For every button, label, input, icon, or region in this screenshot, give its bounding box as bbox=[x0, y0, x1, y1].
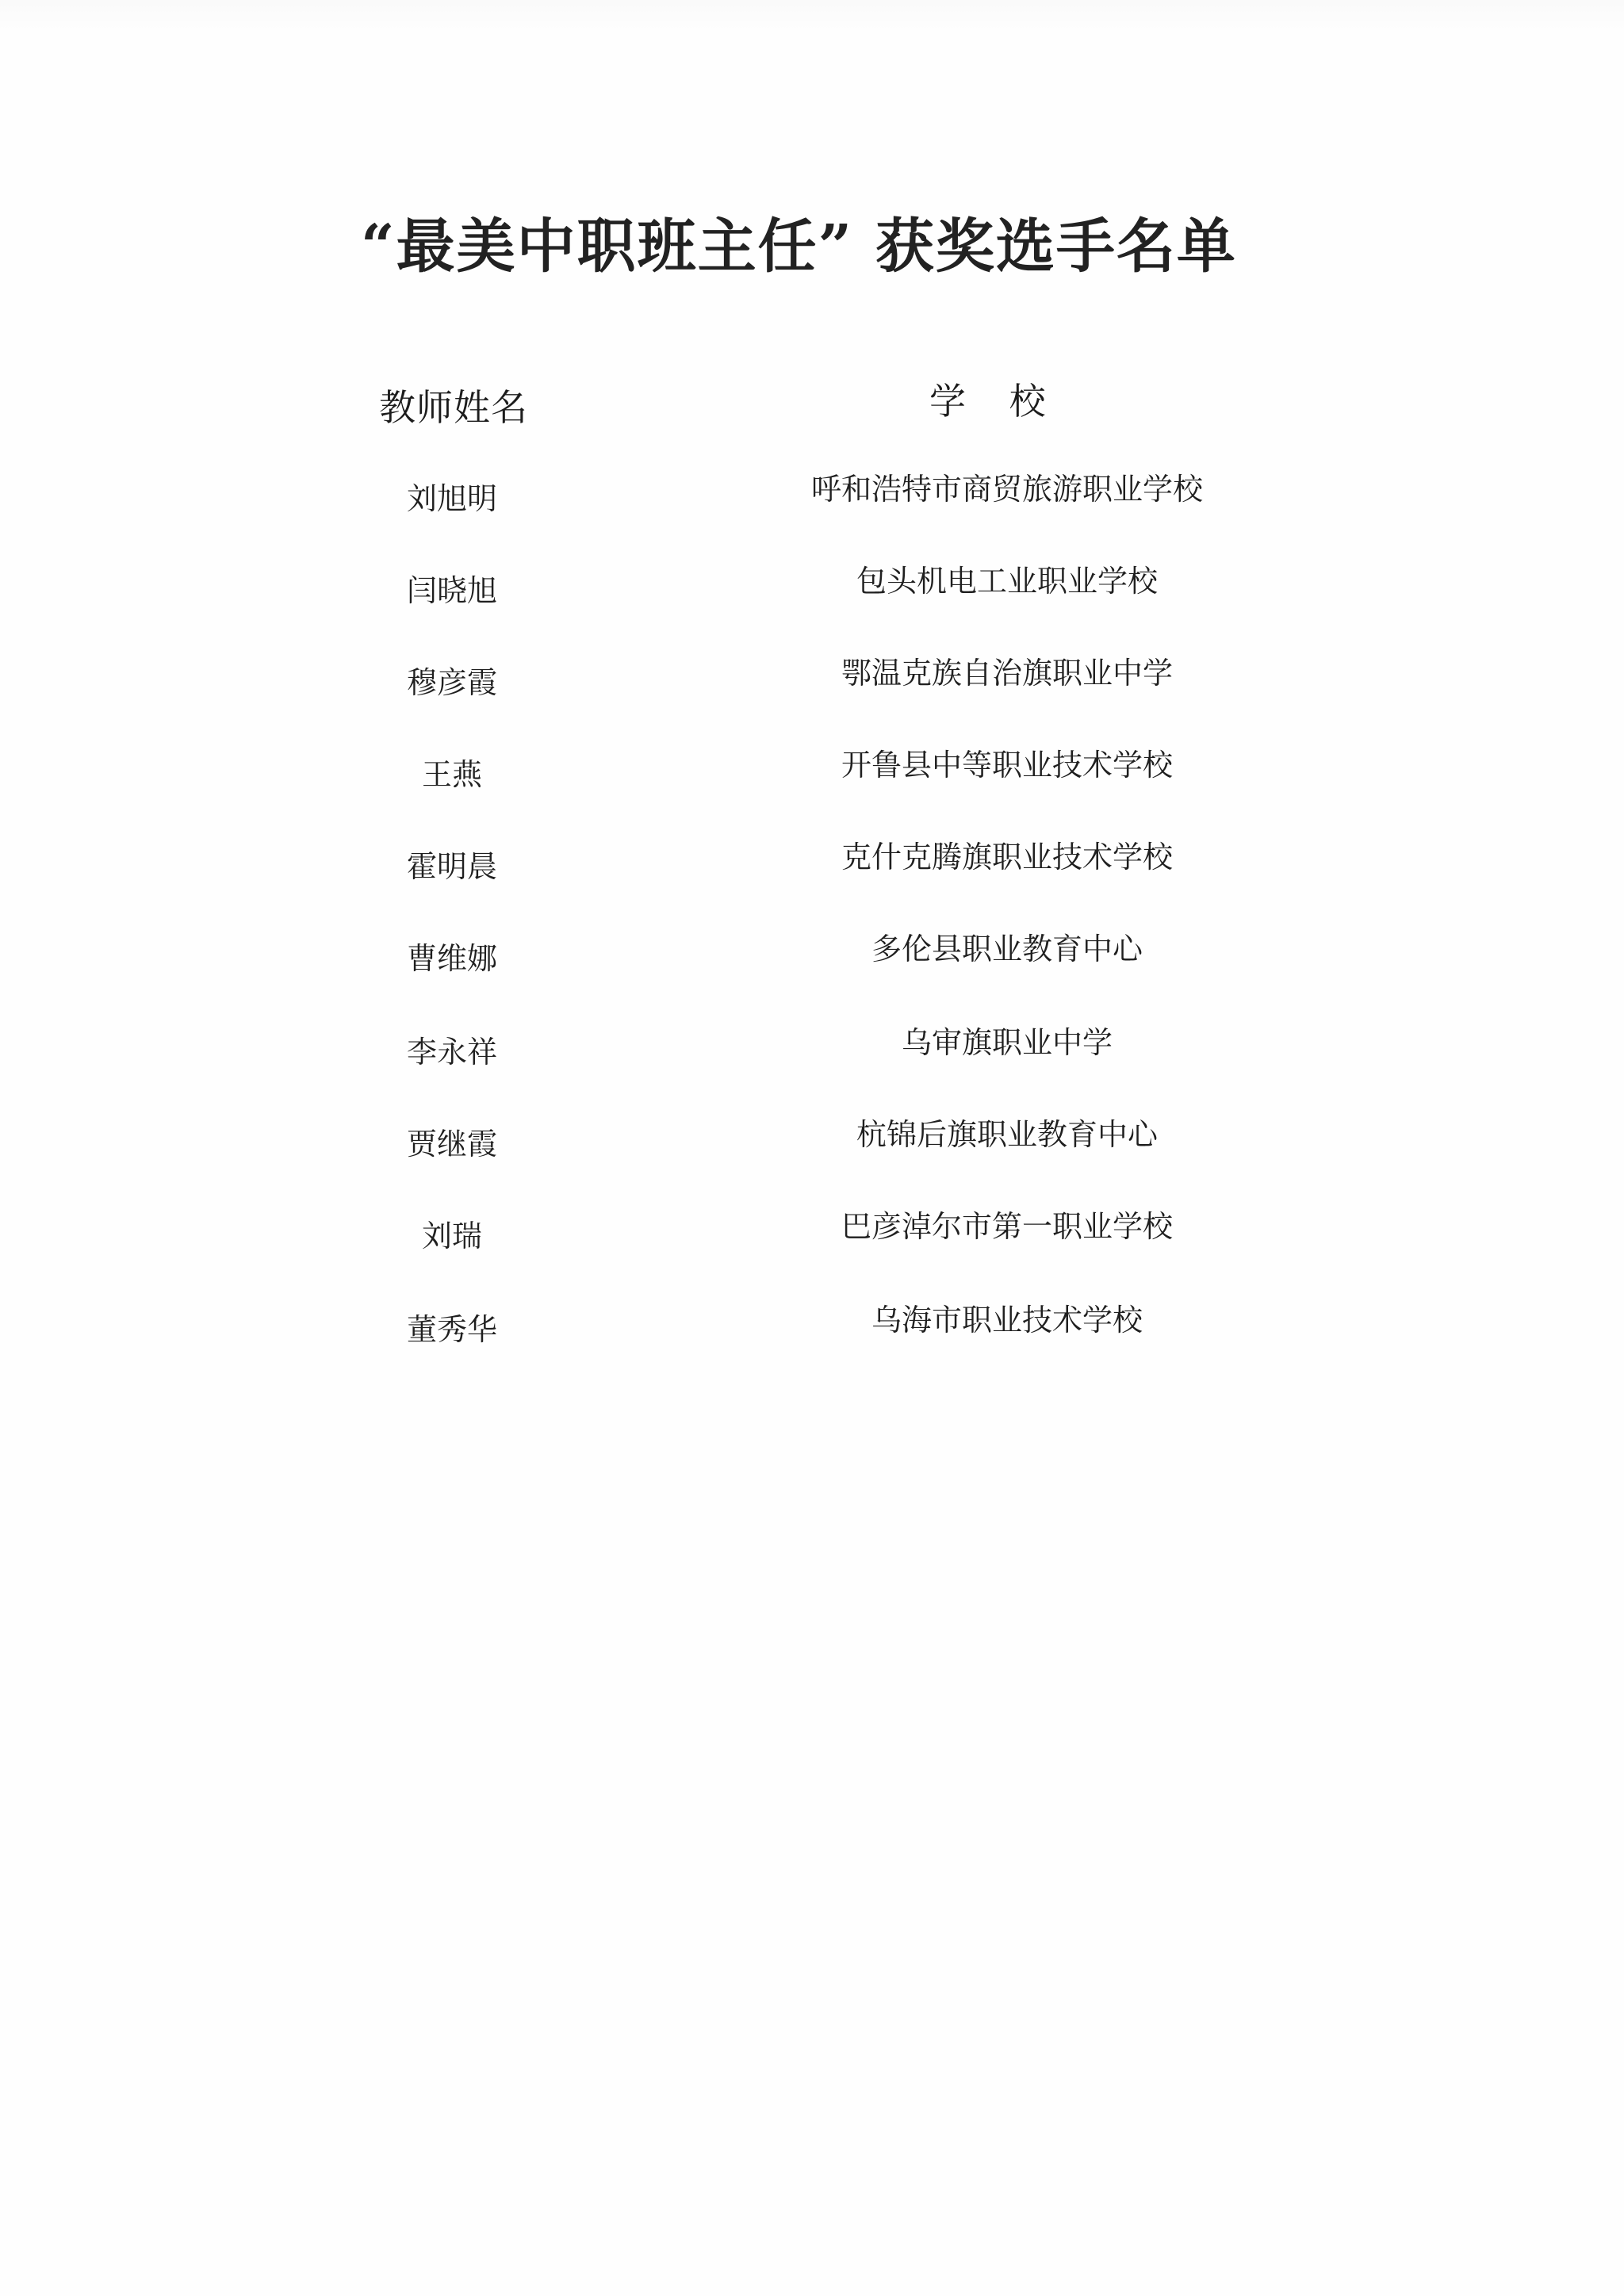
teacher-name: 李永祥 bbox=[365, 1027, 539, 1071]
school-name: 杭锦后旗职业教育中心 bbox=[793, 1110, 1221, 1154]
teacher-name: 刘瑞 bbox=[365, 1211, 539, 1255]
column-header-school: 学 校 bbox=[929, 373, 1046, 425]
school-name: 乌审旗职业中学 bbox=[793, 1018, 1221, 1062]
table-row: 闫晓旭 包头机电工业职业学校 bbox=[0, 561, 1624, 609]
school-name: 巴彦淖尔市第一职业学校 bbox=[793, 1202, 1221, 1246]
table-row: 董秀华 乌海市职业技术学校 bbox=[0, 1300, 1624, 1348]
teacher-name: 王燕 bbox=[365, 750, 539, 794]
document-page: “最美中职班主任” 获奖选手名单 教师姓名 学 校 刘旭明 呼和浩特市商贸旅游职… bbox=[0, 0, 1624, 2296]
teacher-name: 贾继霞 bbox=[365, 1119, 539, 1163]
teacher-name: 闫晓旭 bbox=[365, 566, 539, 610]
school-name: 开鲁县中等职业技术学校 bbox=[793, 740, 1221, 784]
document-title: “最美中职班主任” 获奖选手名单 bbox=[361, 200, 1273, 284]
table-row: 霍明晨 克什克腾旗职业技术学校 bbox=[0, 837, 1624, 885]
school-name: 鄂温克族自治旗职业中学 bbox=[793, 649, 1221, 692]
school-name: 呼和浩特市商贸旅游职业学校 bbox=[793, 465, 1221, 508]
teacher-name: 曹维娜 bbox=[365, 934, 539, 978]
teacher-name: 刘旭明 bbox=[365, 474, 539, 518]
school-name: 多伦县职业教育中心 bbox=[793, 924, 1221, 968]
column-header-teacher-name: 教师姓名 bbox=[379, 379, 528, 431]
teacher-name: 董秀华 bbox=[365, 1305, 539, 1349]
table-row: 曹维娜 多伦县职业教育中心 bbox=[0, 929, 1624, 977]
school-name: 包头机电工业职业学校 bbox=[793, 557, 1221, 600]
table-row: 穆彦霞 鄂温克族自治旗职业中学 bbox=[0, 653, 1624, 701]
table-row: 李永祥 乌审旗职业中学 bbox=[0, 1023, 1624, 1070]
scan-edge-shading bbox=[0, 0, 1624, 32]
school-name: 乌海市职业技术学校 bbox=[793, 1295, 1221, 1339]
teacher-name: 霍明晨 bbox=[365, 842, 539, 886]
table-row: 贾继霞 杭锦后旗职业教育中心 bbox=[0, 1115, 1624, 1162]
table-row: 刘旭明 呼和浩特市商贸旅游职业学校 bbox=[0, 469, 1624, 517]
table-row: 刘瑞 巴彦淖尔市第一职业学校 bbox=[0, 1207, 1624, 1254]
school-name: 克什克腾旗职业技术学校 bbox=[793, 832, 1221, 876]
table-row: 王燕 开鲁县中等职业技术学校 bbox=[0, 745, 1624, 793]
teacher-name: 穆彦霞 bbox=[365, 658, 539, 702]
